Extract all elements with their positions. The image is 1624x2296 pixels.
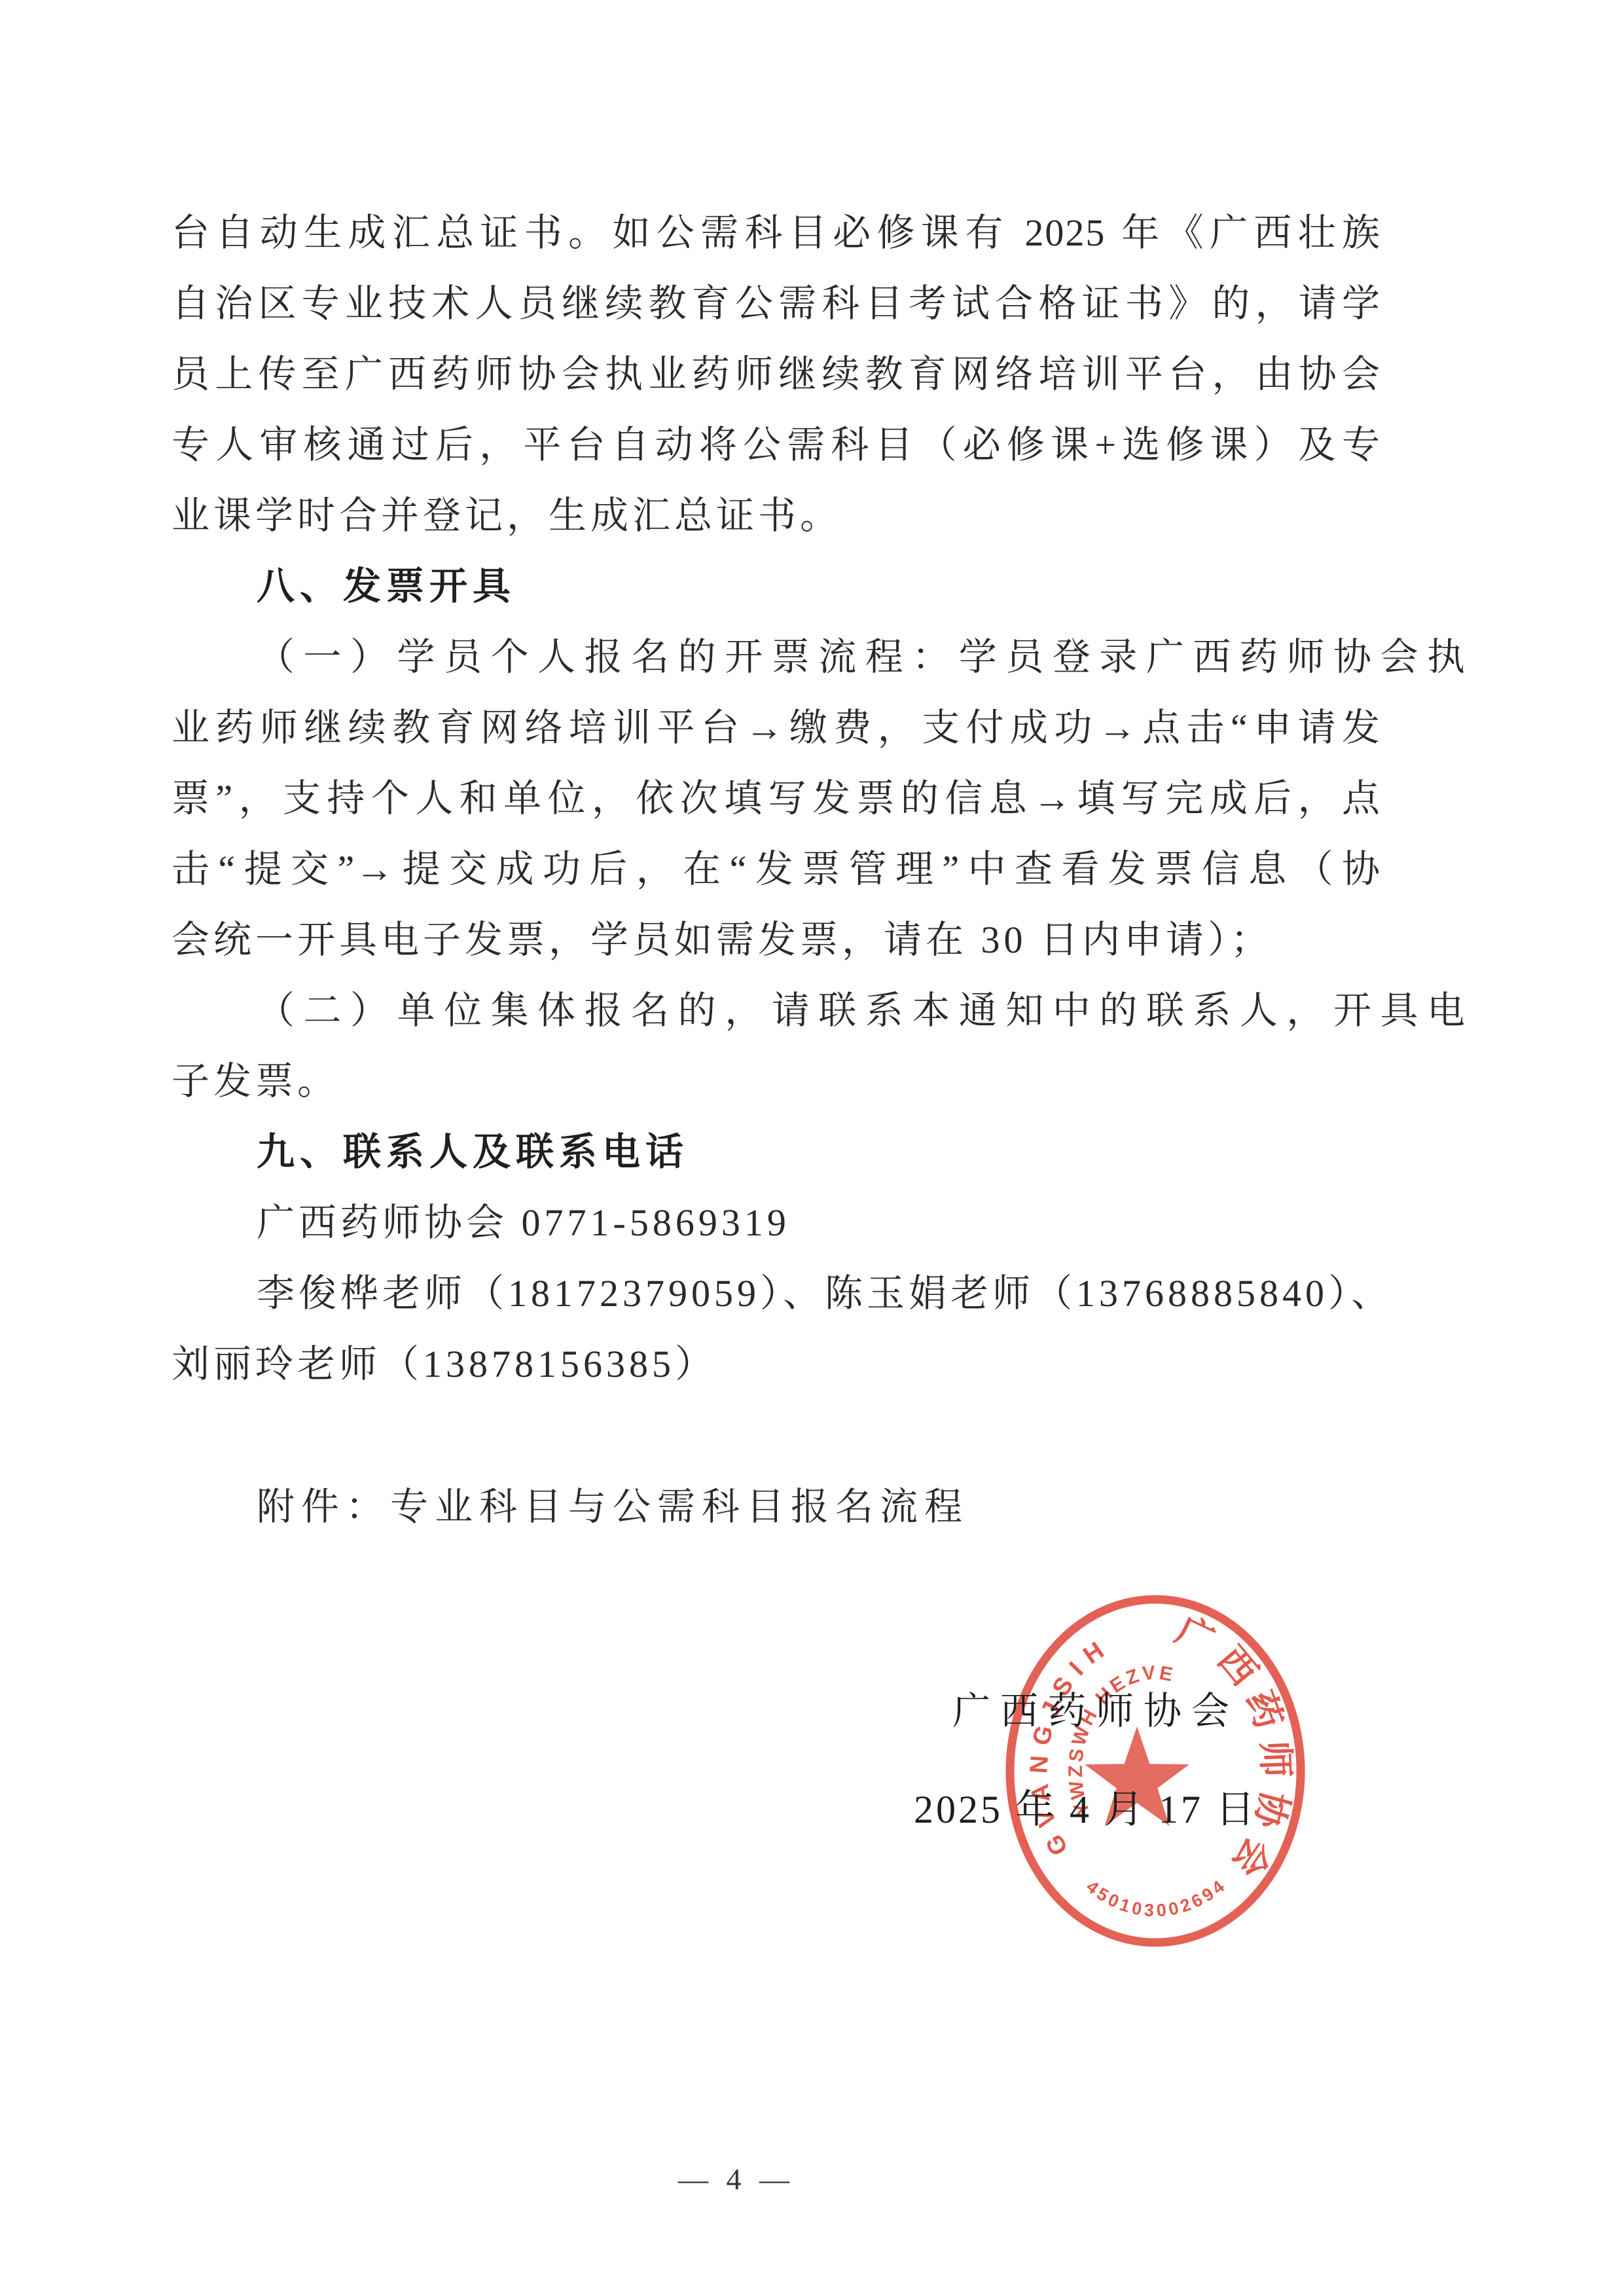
body-line: 员上传至广西药师协会执业药师继续教育网络培训平台，由协会 [171, 339, 1381, 410]
body-line: 子发票。 [171, 1046, 1389, 1117]
seal-cn-name-text: 广西药师协会 [1170, 1610, 1296, 1892]
scanned-notice-page: { "doc": { "lines": [ "台自动生成汇总证书。如公需科目必修… [0, 0, 1624, 2296]
body-line: 业课学时合并登记，生成汇总证书。 [171, 481, 1389, 551]
body-line: 击“提交”→提交成功后，在“发票管理”中查看发票信息（协 [171, 834, 1381, 905]
page-number: — 4 — [605, 2162, 867, 2196]
body-line: 业药师继续教育网络培训平台→缴费，支付成功→点击“申请发 [171, 693, 1381, 763]
contact-line-teachers-cont: 刘丽玲老师（13878156385） [171, 1329, 1389, 1400]
body-line: 票”，支持个人和单位，依次填写发票的信息→填写完成后，点 [171, 763, 1381, 834]
body-line: 会统一开具电子发票，学员如需发票，请在 30 日内申请）； [171, 905, 1389, 975]
official-seal: 广西药师协会 GVANGJSIH YWZSWH HEZVEI 450103002… [990, 1579, 1320, 1963]
body-line: （二）单位集体报名的，请联系本通知中的联系人，开具电 [171, 975, 1466, 1046]
body-line: 台自动生成汇总证书。如公需科目必修课有 2025 年《广西壮族 [171, 198, 1381, 268]
body-line: 自治区专业技术人员继续教育公需科目考试合格证书》的，请学 [171, 268, 1381, 339]
body-line: 专人审核通过后，平台自动将公需科目（必修课+选修课）及专 [171, 410, 1381, 481]
contact-line-teachers: 李俊桦老师（18172379059）、陈玉娟老师（13768885840）、 [171, 1258, 1389, 1329]
signature-org: 广西药师协会 [952, 1680, 1239, 1735]
attachment-line: 附件：专业科目与公需科目报名流程 [171, 1472, 1389, 1542]
section-heading-contacts: 九、联系人及联系电话 [171, 1117, 1389, 1188]
section-heading-invoice: 八、发票开具 [171, 551, 1389, 622]
body-line: （一）学员个人报名的开票流程：学员登录广西药师协会执 [171, 622, 1466, 693]
document-body: 台自动生成汇总证书。如公需科目必修课有 2025 年《广西壮族 自治区专业技术人… [171, 198, 1389, 1542]
signature-date: 2025 年 4 月 17 日 [914, 1778, 1257, 1834]
contact-line-association: 广西药师协会 0771-5869319 [171, 1188, 1389, 1258]
